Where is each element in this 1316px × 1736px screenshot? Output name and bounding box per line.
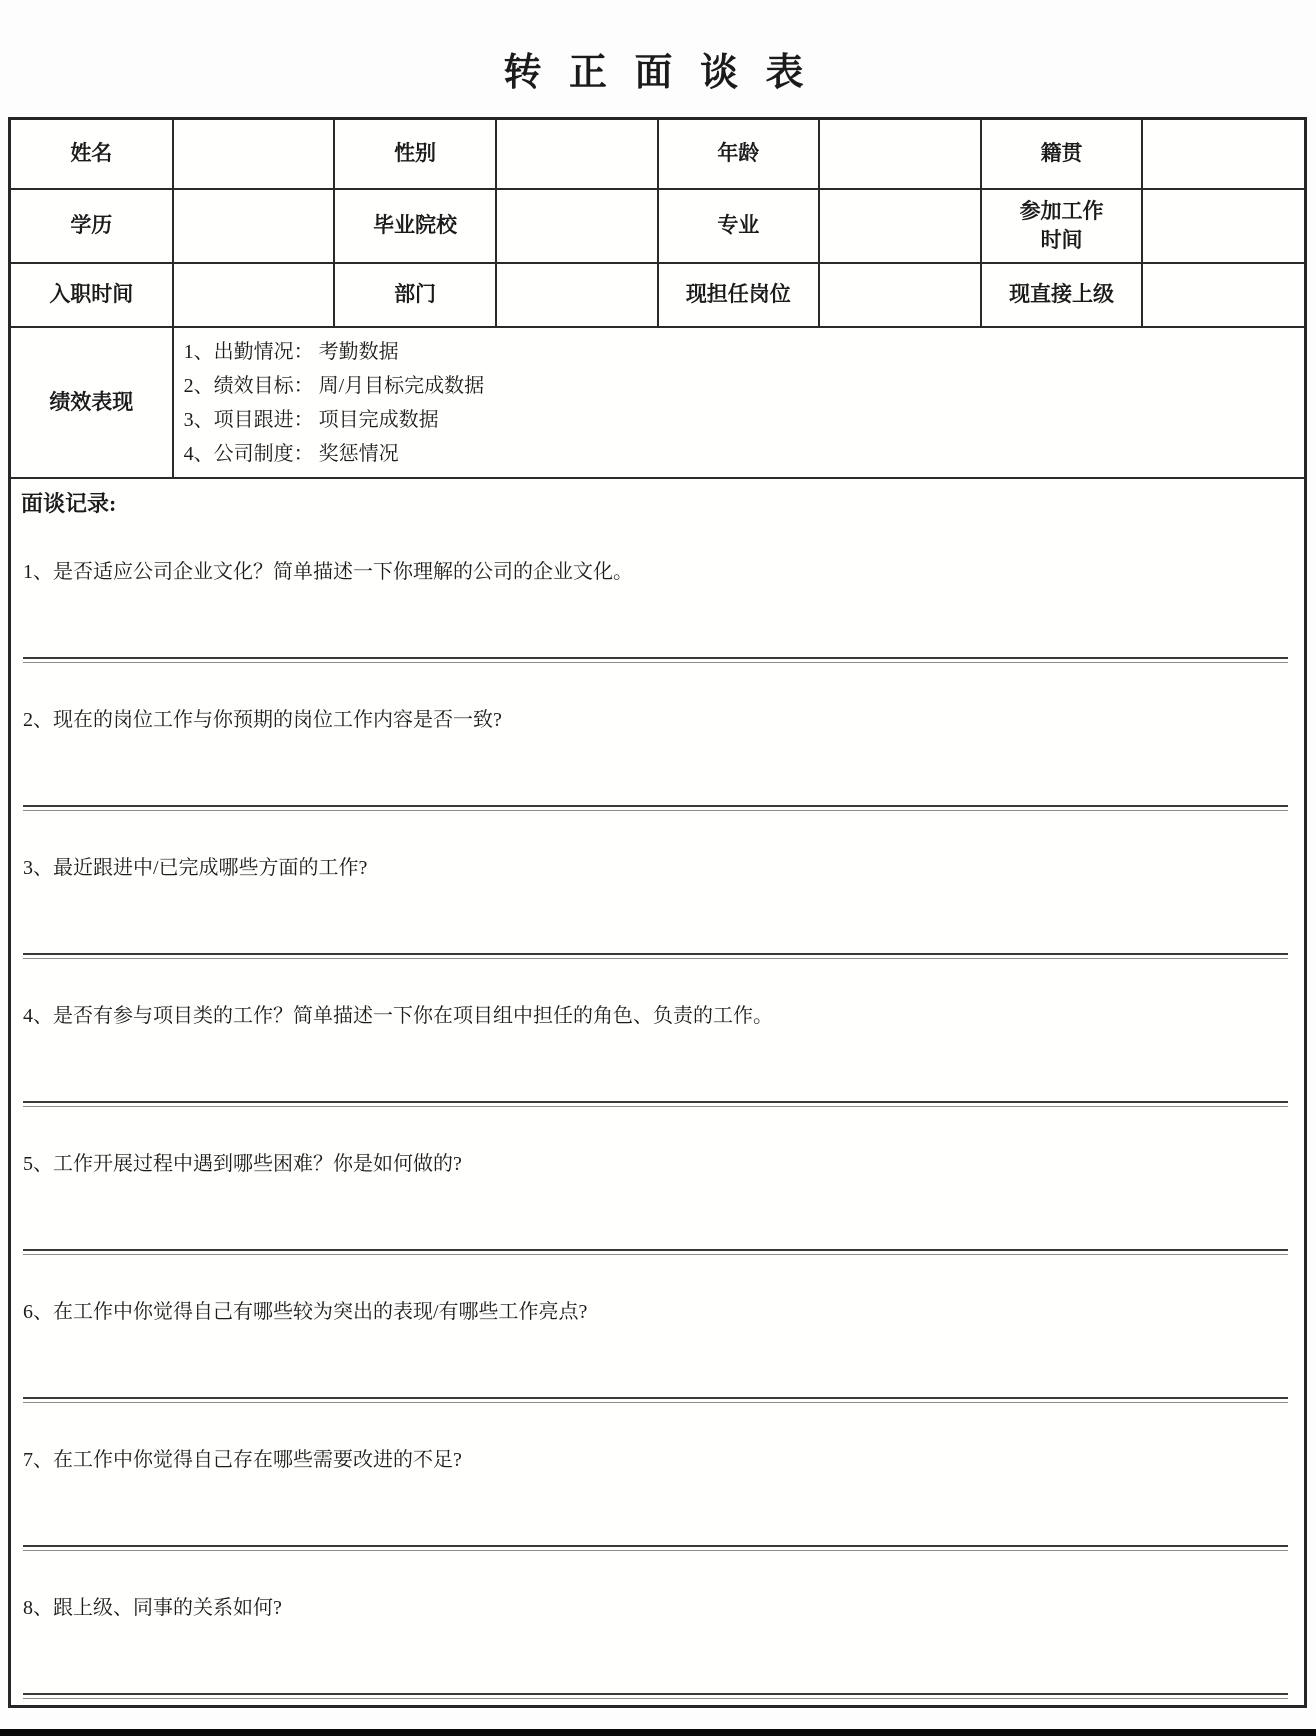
interview-question: 6、在工作中你觉得自己有哪些较为突出的表现/有哪些工作亮点? <box>11 1261 1304 1326</box>
table-row: 学历 毕业院校 专业 参加工作 时间 <box>11 189 1304 263</box>
interview-question: 4、是否有参与项目类的工作？简单描述一下你在项目组中担任的角色、负责的工作。 <box>11 965 1304 1030</box>
performance-label: 绩效表现 <box>12 388 171 417</box>
performance-item: 4、公司制度： 奖惩情况 <box>184 437 1294 471</box>
question-divider <box>23 1249 1288 1255</box>
question-block: 3、最近跟进中/已完成哪些方面的工作? <box>11 817 1304 965</box>
field-value-department <box>496 263 658 327</box>
field-label-text: 学历 <box>12 211 171 240</box>
field-label-text: 现担任岗位 <box>660 280 818 309</box>
question-block: 8、跟上级、同事的关系如何? <box>11 1557 1304 1705</box>
interview-question: 7、在工作中你觉得自己存在哪些需要改进的不足? <box>11 1409 1304 1474</box>
field-value-native-place <box>1142 120 1304 189</box>
field-label-text: 性别 <box>336 139 494 168</box>
table-row: 绩效表现 1、出勤情况： 考勤数据 2、绩效目标： 周/月目标完成数据 3、项目… <box>11 327 1304 478</box>
field-label-text: 姓名 <box>12 139 171 168</box>
field-label-text: 年龄 <box>660 139 818 168</box>
question-divider <box>23 953 1288 959</box>
interview-question: 1、是否适应公司企业文化？简单描述一下你理解的公司的企业文化。 <box>11 521 1304 586</box>
field-label-direct-supervisor: 现直接上级 <box>981 263 1143 327</box>
field-value-age <box>819 120 981 189</box>
interview-question: 8、跟上级、同事的关系如何? <box>11 1557 1304 1622</box>
field-label-graduate-school: 毕业院校 <box>334 189 496 263</box>
field-label-entry-time: 入职时间 <box>11 263 173 327</box>
interview-question: 3、最近跟进中/已完成哪些方面的工作? <box>11 817 1304 882</box>
interview-question: 2、现在的岗位工作与你预期的岗位工作内容是否一致? <box>11 669 1304 734</box>
field-value-direct-supervisor <box>1142 263 1304 327</box>
question-divider <box>23 805 1288 811</box>
field-label-text: 专业 <box>660 211 818 240</box>
table-row: 入职时间 部门 现担任岗位 现直接上级 <box>11 263 1304 327</box>
question-block: 7、在工作中你觉得自己存在哪些需要改进的不足? <box>11 1409 1304 1557</box>
field-label-gender: 性别 <box>334 120 496 189</box>
field-value-entry-time <box>173 263 335 327</box>
performance-item: 3、项目跟进： 项目完成数据 <box>184 403 1294 437</box>
field-label-work-start-time: 参加工作 时间 <box>981 189 1143 263</box>
field-label-text: 籍贯 <box>983 139 1141 168</box>
page-bottom-bar <box>0 1729 1316 1736</box>
field-value-gender <box>496 120 658 189</box>
interview-section: 面谈记录: 1、是否适应公司企业文化？简单描述一下你理解的公司的企业文化。 2、… <box>11 479 1304 1705</box>
question-block: 2、现在的岗位工作与你预期的岗位工作内容是否一致? <box>11 669 1304 817</box>
field-label-major: 专业 <box>658 189 820 263</box>
question-block: 1、是否适应公司企业文化？简单描述一下你理解的公司的企业文化。 <box>11 521 1304 669</box>
field-label-text: 入职时间 <box>12 280 171 309</box>
field-label-native-place: 籍贯 <box>981 120 1143 189</box>
performance-item: 2、绩效目标： 周/月目标完成数据 <box>184 369 1294 403</box>
question-divider <box>23 1545 1288 1551</box>
question-block: 5、工作开展过程中遇到哪些困难？你是如何做的? <box>11 1113 1304 1261</box>
field-label-text: 参加工作 时间 <box>983 197 1141 256</box>
field-value-major <box>819 189 981 263</box>
page-title: 转 正 面 谈 表 <box>0 50 1316 96</box>
field-value-work-start-time <box>1142 189 1304 263</box>
question-divider <box>23 1397 1288 1403</box>
field-label-text: 部门 <box>336 280 494 309</box>
question-divider <box>23 657 1288 663</box>
performance-label-cell: 绩效表现 <box>11 327 173 478</box>
question-block: 6、在工作中你觉得自己有哪些较为突出的表现/有哪些工作亮点? <box>11 1261 1304 1409</box>
question-divider <box>23 1693 1288 1699</box>
field-value-education <box>173 189 335 263</box>
field-value-graduate-school <box>496 189 658 263</box>
question-divider <box>23 1101 1288 1107</box>
performance-item: 1、出勤情况： 考勤数据 <box>184 335 1294 369</box>
field-value-name <box>173 120 335 189</box>
field-label-name: 姓名 <box>11 120 173 189</box>
question-block: 4、是否有参与项目类的工作？简单描述一下你在项目组中担任的角色、负责的工作。 <box>11 965 1304 1113</box>
field-label-current-position: 现担任岗位 <box>658 263 820 327</box>
interview-heading: 面谈记录: <box>11 479 1304 521</box>
interview-question: 5、工作开展过程中遇到哪些困难？你是如何做的? <box>11 1113 1304 1178</box>
table-row: 姓名 性别 年龄 籍贯 <box>11 120 1304 189</box>
performance-content-cell: 1、出勤情况： 考勤数据 2、绩效目标： 周/月目标完成数据 3、项目跟进： 项… <box>173 327 1304 478</box>
field-label-education: 学历 <box>11 189 173 263</box>
field-value-current-position <box>819 263 981 327</box>
form-sheet: 姓名 性别 年龄 籍贯 学历 毕业院校 专业 参加工作 时间 入职时间 部门 现… <box>8 117 1307 1708</box>
info-table: 姓名 性别 年龄 籍贯 学历 毕业院校 专业 参加工作 时间 入职时间 部门 现… <box>11 120 1304 479</box>
field-label-text: 现直接上级 <box>983 280 1141 309</box>
field-label-age: 年龄 <box>658 120 820 189</box>
field-label-department: 部门 <box>334 263 496 327</box>
field-label-text: 毕业院校 <box>336 211 494 240</box>
